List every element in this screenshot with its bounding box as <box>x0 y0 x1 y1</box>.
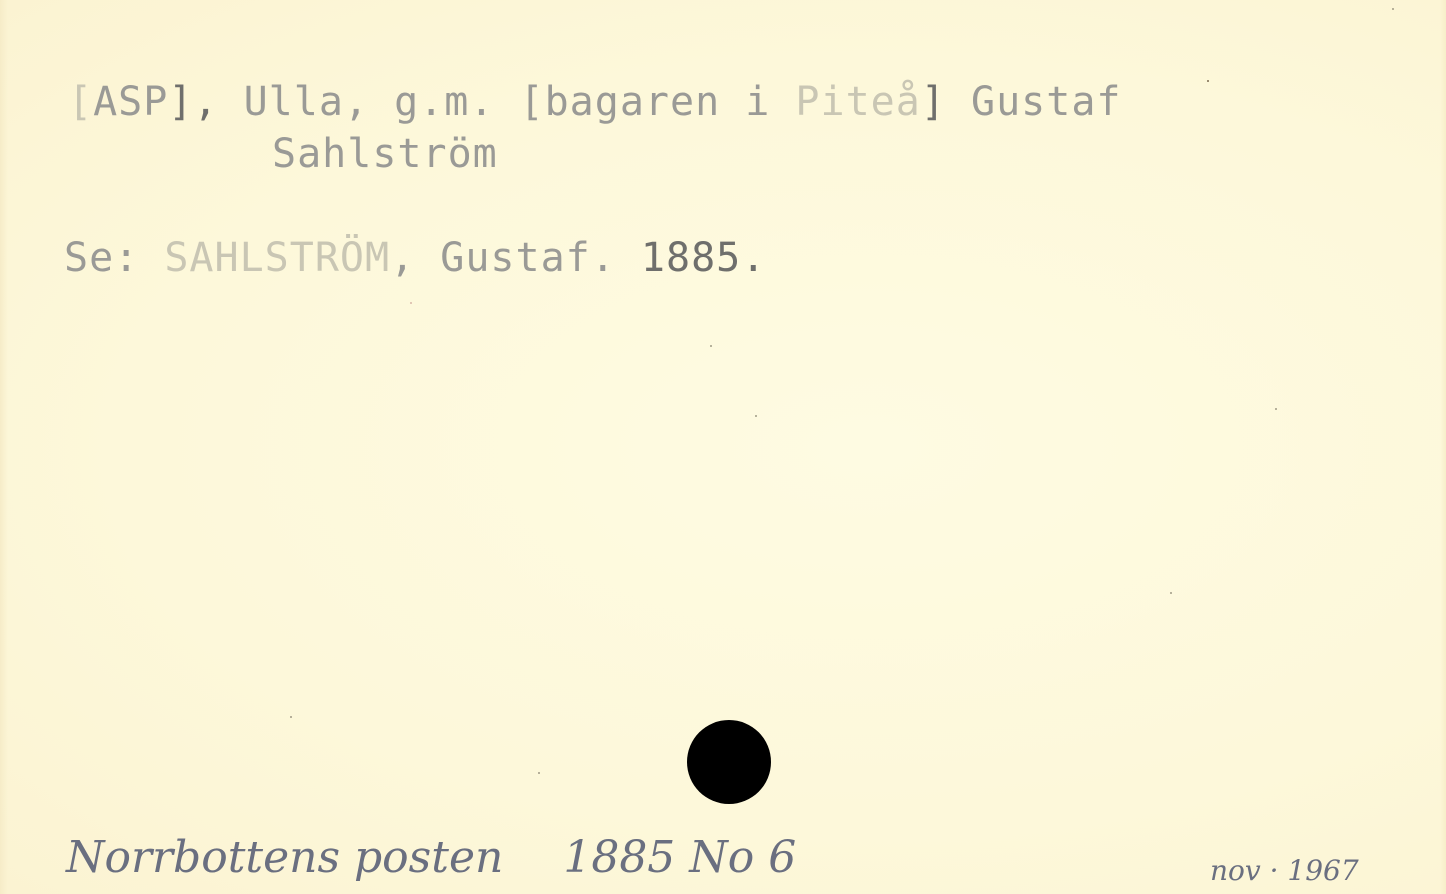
paper-speck <box>1207 80 1209 82</box>
place-name: Piteå <box>795 79 920 125</box>
spouse-first-name: Gustaf <box>971 79 1122 125</box>
given-name: Ulla, <box>244 79 395 125</box>
paper-speck <box>710 345 712 347</box>
reference-surname: SAHLSTRÖM <box>164 235 390 281</box>
punch-hole <box>687 720 771 804</box>
occupation: [bagaren i <box>520 79 796 125</box>
index-card: [ASP], Ulla, g.m. [bagaren i Piteå] Gust… <box>0 0 1446 894</box>
heading-line-1: [ASP], Ulla, g.m. [bagaren i Piteå] Gust… <box>68 78 1122 126</box>
reference-year: 1885. <box>641 235 766 281</box>
reference-given: , Gustaf. <box>390 235 641 281</box>
paper-speck <box>410 302 412 304</box>
asp-label: ASP <box>93 79 168 125</box>
paper-speck <box>1275 408 1277 410</box>
see-prefix: Se: <box>64 235 164 281</box>
bracket-close-comma: ], <box>168 79 243 125</box>
heading-line-2: Sahlström <box>272 130 498 178</box>
handwritten-date: nov · 1967 <box>1210 854 1359 887</box>
see-reference: Se: SAHLSTRÖM, Gustaf. 1885. <box>64 234 766 282</box>
paper-speck <box>290 716 292 718</box>
issue-number: 1885 No 6 <box>563 832 796 883</box>
handwritten-source: Norrbottens posten1885 No 6 <box>66 832 796 883</box>
paper-speck <box>1170 592 1172 594</box>
paper-speck <box>538 772 540 774</box>
bracket-close: ] <box>921 79 971 125</box>
paper-speck <box>755 415 757 417</box>
newspaper-name: Norrbottens posten <box>66 832 503 883</box>
gm-abbrev: g.m. <box>394 79 519 125</box>
bracket-open: [ <box>68 79 93 125</box>
paper-speck <box>1392 8 1394 10</box>
